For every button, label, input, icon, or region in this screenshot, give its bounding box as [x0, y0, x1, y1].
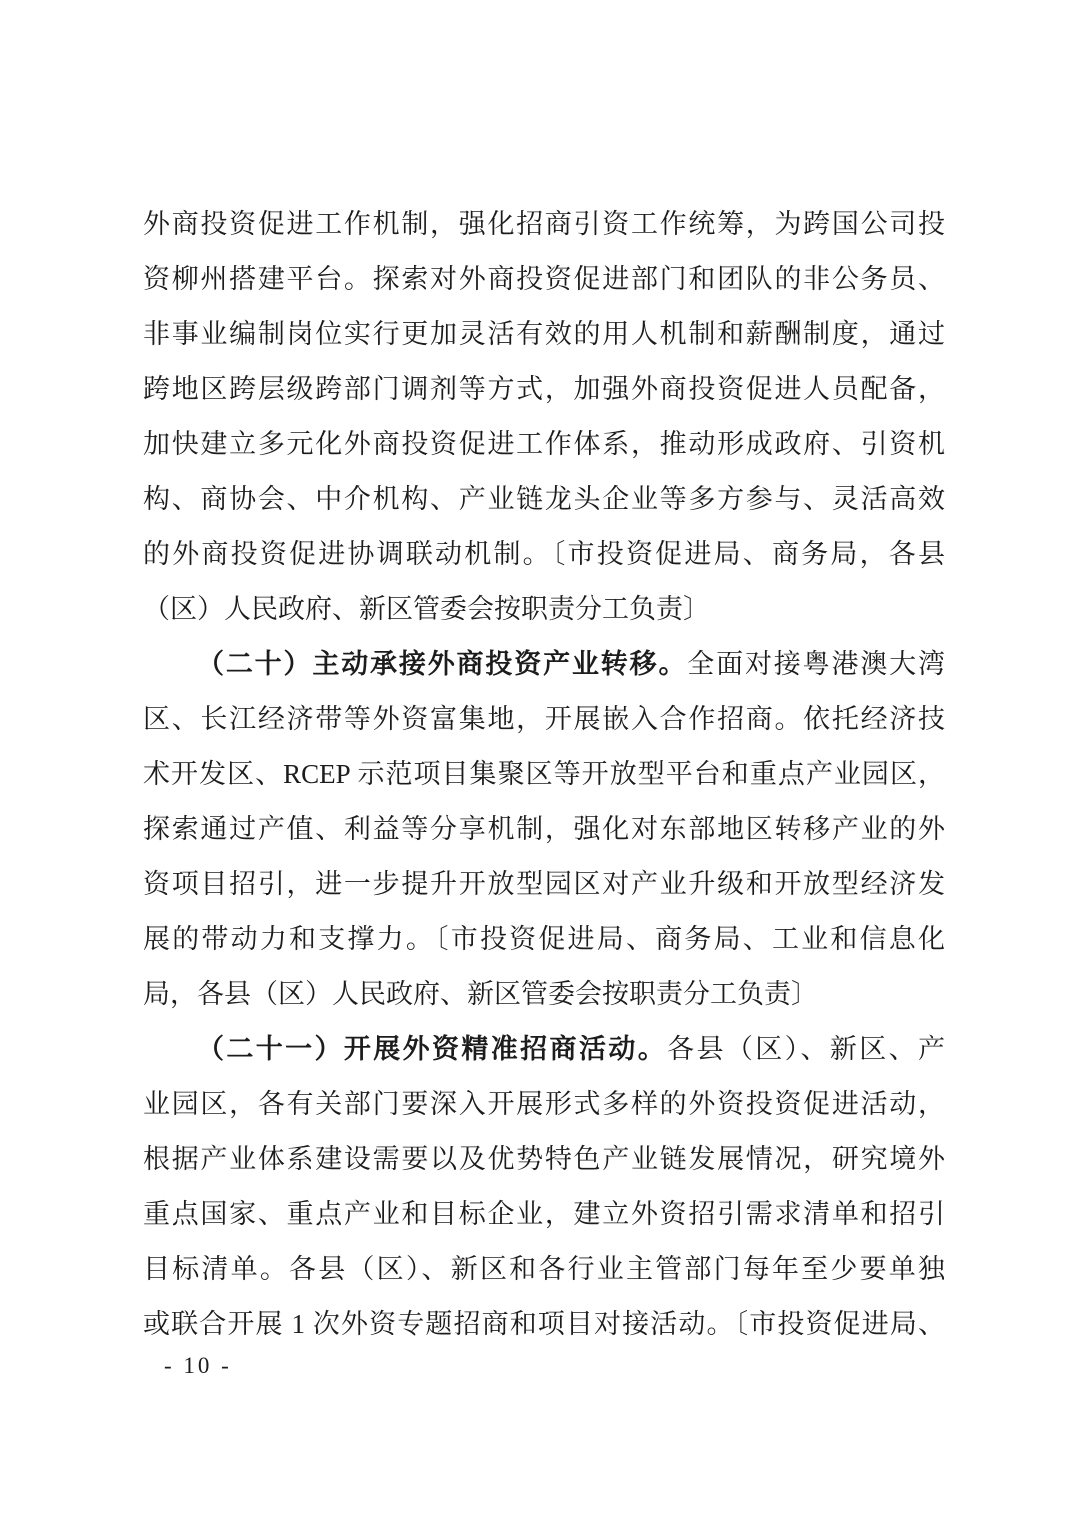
text-line: 外商投资促进工作机制，强化招商引资工作统筹，为跨国公司投: [143, 197, 945, 252]
text-line: 重点国家、重点产业和目标企业，建立外资招引需求清单和招引: [143, 1187, 945, 1242]
text-line: 术开发区、RCEP 示范项目集聚区等开放型平台和重点产业园区，: [143, 747, 945, 802]
text-line: 构、商协会、中介机构、产业链龙头企业等多方参与、灵活高效: [143, 472, 945, 527]
text-line: （二十）主动承接外商投资产业转移。全面对接粤港澳大湾: [143, 637, 945, 692]
document-body: 外商投资促进工作机制，强化招商引资工作统筹，为跨国公司投 资柳州搭建平台。探索对…: [143, 197, 945, 1352]
text-line: 展的带动力和支撑力。〔市投资促进局、商务局、工业和信息化: [143, 912, 945, 967]
text-line: 资柳州搭建平台。探索对外商投资促进部门和团队的非公务员、: [143, 252, 945, 307]
text-line: （二十一）开展外资精准招商活动。各县（区）、新区、产: [143, 1022, 945, 1077]
text-line: 跨地区跨层级跨部门调剂等方式，加强外商投资促进人员配备，: [143, 362, 945, 417]
section-heading-20: （二十）主动承接外商投资产业转移。: [197, 649, 687, 679]
text-run: 全面对接粤港澳大湾: [687, 649, 945, 679]
text-line: 或联合开展 1 次外资专题招商和项目对接活动。〔市投资促进局、: [143, 1297, 945, 1352]
text-line: 局，各县（区）人民政府、新区管委会按职责分工负责〕: [143, 967, 945, 1022]
text-line: 探索通过产值、利益等分享机制，强化对东部地区转移产业的外: [143, 802, 945, 857]
text-line: （区）人民政府、新区管委会按职责分工负责〕: [143, 582, 945, 637]
text-line: 目标清单。各县（区）、新区和各行业主管部门每年至少要单独: [143, 1242, 945, 1297]
text-line: 非事业编制岗位实行更加灵活有效的用人机制和薪酬制度，通过: [143, 307, 945, 362]
text-line: 资项目招引，进一步提升开放型园区对产业升级和开放型经济发: [143, 857, 945, 912]
document-page: 外商投资促进工作机制，强化招商引资工作统筹，为跨国公司投 资柳州搭建平台。探索对…: [0, 0, 1074, 1520]
text-line: 根据产业体系建设需要以及优势特色产业链发展情况，研究境外: [143, 1132, 945, 1187]
text-line: 区、长江经济带等外资富集地，开展嵌入合作招商。依托经济技: [143, 692, 945, 747]
page-number: - 10 -: [164, 1351, 232, 1381]
text-line: 业园区，各有关部门要深入开展形式多样的外资投资促进活动，: [143, 1077, 945, 1132]
section-heading-21: （二十一）开展外资精准招商活动。: [197, 1034, 667, 1064]
text-line: 的外商投资促进协调联动机制。〔市投资促进局、商务局，各县: [143, 527, 945, 582]
text-run: 各县（区）、新区、产: [667, 1034, 945, 1064]
text-line: 加快建立多元化外商投资促进工作体系，推动形成政府、引资机: [143, 417, 945, 472]
